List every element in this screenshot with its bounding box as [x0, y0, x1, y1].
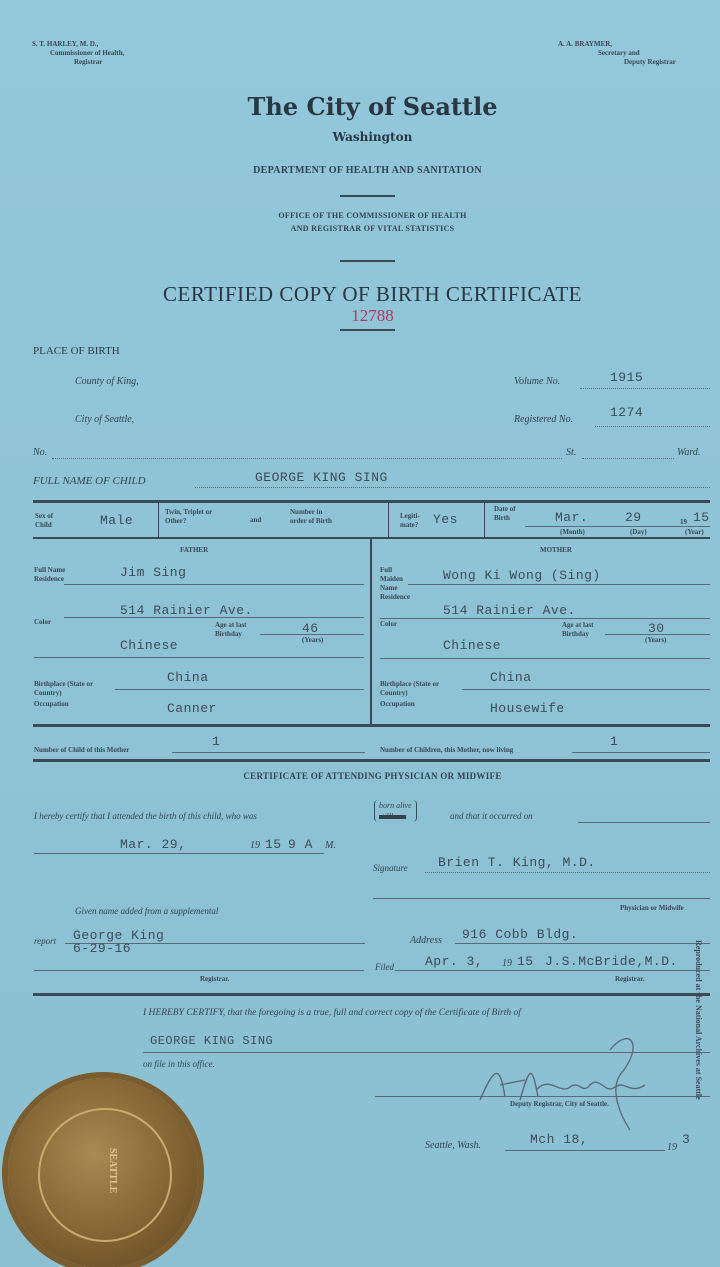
- mother-name: Wong Ki Wong (Sing): [443, 568, 601, 583]
- full-name-value: GEORGE KING SING: [255, 470, 388, 485]
- certification-place: Seattle, Wash.: [425, 1140, 481, 1151]
- cell-divider: [158, 503, 159, 537]
- line: [572, 752, 710, 753]
- physician-heading: CERTIFICATE OF ATTENDING PHYSICIAN OR MI…: [0, 771, 720, 781]
- certification-year: 3: [682, 1132, 690, 1147]
- filed-date: Apr. 3,: [425, 954, 483, 969]
- full-name-label: FULL NAME OF CHILD: [33, 475, 146, 487]
- mother-birthplace-label: Birthplace (State or Country): [380, 680, 460, 698]
- mother-occupation: Housewife: [490, 701, 565, 716]
- on-file-text: on file in this office.: [143, 1059, 215, 1069]
- rule: [33, 759, 710, 762]
- seal-text: SEATTLE: [88, 1148, 118, 1193]
- child-number: 1: [212, 734, 220, 749]
- right-official-title: Secretary and: [558, 49, 708, 58]
- line: [375, 1096, 710, 1097]
- and-label: and: [250, 516, 261, 525]
- number-order-label: Number in order of Birth: [290, 508, 340, 526]
- birth-date: Mar. 29,: [120, 837, 186, 852]
- father-age-label: Age at last Birthday: [215, 621, 270, 639]
- line: [64, 584, 364, 585]
- sex-label: Sex of Child: [35, 512, 65, 530]
- dob-label: Date of Birth: [494, 505, 524, 523]
- certification-date: Mch 18,: [530, 1132, 588, 1147]
- ward-label: Ward.: [677, 447, 700, 458]
- street-line: [52, 458, 562, 459]
- stillborn-option: stillborn: [379, 811, 412, 822]
- certify-text: I hereby certify that I attended the bir…: [34, 811, 257, 821]
- dob-month: Mar.: [555, 510, 588, 525]
- line: [380, 618, 710, 619]
- mother-heading: MOTHER: [540, 546, 572, 555]
- volume-value: 1915: [610, 370, 643, 385]
- dob-line: [525, 526, 710, 527]
- born-alive-option: born alive: [379, 800, 412, 811]
- archive-stamp-text: Reproduced at the National Archives at S…: [694, 940, 703, 1100]
- father-name: Jim Sing: [120, 565, 186, 580]
- office-line-2: AND REGISTRAR OF VITAL STATISTICS: [0, 224, 720, 233]
- rule: [33, 993, 710, 996]
- living-label: Number of Children, this Mother, now liv…: [380, 746, 513, 755]
- rule: [33, 500, 710, 503]
- birth-year-prefix: 19: [250, 840, 260, 851]
- divider: [340, 195, 395, 197]
- filed-by: J.S.McBride,M.D.: [545, 954, 678, 969]
- place-of-birth-label: PLACE OF BIRTH: [33, 345, 120, 357]
- line: [34, 657, 364, 658]
- father-name-label: Full Name Residence: [34, 566, 70, 584]
- right-official-name: A. A. BRAYMER,: [558, 40, 708, 49]
- gold-seal-icon: SEATTLE: [8, 1078, 198, 1267]
- mother-birthplace: China: [490, 670, 532, 685]
- parents-divider: [370, 539, 372, 725]
- signature-label: Signature: [373, 863, 408, 873]
- year-caption: (Year): [685, 528, 704, 537]
- registrar-caption-right: Registrar.: [615, 975, 644, 984]
- report-date: 6-29-16: [73, 941, 131, 956]
- physician-caption: Physician or Midwife: [620, 904, 684, 913]
- father-occupation: Canner: [167, 701, 217, 716]
- father-years-caption: (Years): [302, 636, 323, 645]
- father-color: Chinese: [120, 638, 178, 653]
- line: [34, 970, 364, 971]
- registered-value: 1274: [610, 405, 643, 420]
- document-title: CERTIFIED COPY OF BIRTH CERTIFICATE: [0, 282, 720, 307]
- certified-child-name: GEORGE KING SING: [150, 1034, 273, 1048]
- line: [64, 617, 364, 618]
- living-count: 1: [610, 734, 618, 749]
- physician-signature: Brien T. King, M.D.: [438, 855, 596, 870]
- registered-label: Registered No.: [514, 414, 573, 425]
- child-number-label: Number of Child of this Mother: [34, 746, 129, 755]
- left-official: S. T. HARLEY, M. D., Commissioner of Hea…: [32, 40, 162, 67]
- street-no-label: No.: [33, 447, 47, 458]
- st-label: St.: [566, 447, 576, 458]
- father-residence: 514 Rainier Ave.: [120, 603, 253, 618]
- legitimate-label: Legiti- mate?: [400, 512, 430, 530]
- volume-line: [580, 388, 710, 389]
- report-label: report: [34, 936, 56, 946]
- father-color-label: Color: [34, 618, 51, 627]
- archive-stamp: Reproduced at the National Archives at S…: [694, 940, 706, 1160]
- birth-certificate-document: S. T. HARLEY, M. D., Commissioner of Hea…: [0, 0, 720, 1267]
- city-title: The City of Seattle: [0, 92, 720, 121]
- deputy-signature-icon: [470, 1025, 680, 1135]
- rule: [33, 724, 710, 727]
- dob-year: 15: [693, 510, 710, 525]
- dob-day: 29: [625, 510, 642, 525]
- line: [115, 689, 364, 690]
- father-birthplace: China: [167, 670, 209, 685]
- ward-line: [582, 458, 674, 459]
- day-caption: (Day): [630, 528, 647, 537]
- certification-text: I HEREBY CERTIFY, that the foregoing is …: [143, 1008, 521, 1018]
- birth-time-suffix: M.: [325, 840, 336, 851]
- filed-year-prefix: 19: [502, 958, 512, 969]
- month-caption: (Month): [560, 528, 585, 537]
- left-official-role: Registrar: [32, 58, 162, 67]
- right-official: A. A. BRAYMER, Secretary and Deputy Regi…: [558, 40, 708, 67]
- mother-color: Chinese: [443, 638, 501, 653]
- line: [373, 898, 710, 899]
- line: [380, 658, 710, 659]
- given-name-text: Given name added from a supplemental: [75, 906, 218, 916]
- registered-line: [595, 426, 710, 427]
- father-occupation-label: Occupation: [34, 700, 69, 709]
- line: [395, 970, 710, 971]
- certification-year-prefix: 19: [667, 1142, 677, 1153]
- state-subtitle: Washington: [0, 130, 720, 144]
- mother-age-label: Age at last Birthday: [562, 621, 617, 639]
- left-official-name: S. T. HARLEY, M. D.,: [32, 40, 162, 49]
- deputy-caption: Deputy Registrar, City of Seattle.: [510, 1100, 609, 1109]
- divider: [340, 260, 395, 262]
- alive-stillborn-choice: born alive stillborn: [374, 800, 417, 822]
- father-heading: FATHER: [180, 546, 208, 555]
- divider: [340, 329, 395, 331]
- mother-occupation-label: Occupation: [380, 700, 415, 709]
- filed-label: Filed: [375, 962, 394, 972]
- line: [505, 1150, 665, 1151]
- father-birthplace-label: Birthplace (State or Country): [34, 680, 114, 698]
- right-official-role: Deputy Registrar: [558, 58, 708, 67]
- certificate-number: 12788: [0, 306, 720, 326]
- legitimate-value: Yes: [433, 512, 458, 527]
- county-label: County of King,: [75, 376, 139, 387]
- left-official-title: Commissioner of Health,: [32, 49, 162, 58]
- line: [172, 752, 365, 753]
- line: [425, 872, 710, 873]
- line: [605, 634, 710, 635]
- sex-value: Male: [100, 513, 133, 528]
- cell-divider: [484, 503, 485, 537]
- physician-address: 916 Cobb Bldg.: [462, 927, 578, 942]
- volume-label: Volume No.: [514, 376, 560, 387]
- address-label: Address: [410, 935, 442, 946]
- full-name-line: [195, 487, 710, 488]
- cell-divider: [388, 503, 389, 537]
- line: [34, 853, 324, 854]
- department-name: DEPARTMENT OF HEALTH AND SANITATION: [0, 165, 720, 176]
- office-line-1: OFFICE OF THE COMMISSIONER OF HEALTH: [0, 211, 720, 220]
- mother-years-caption: (Years): [645, 636, 666, 645]
- mother-color-label: Color: [380, 620, 397, 629]
- line: [260, 634, 364, 635]
- birth-time: 9 A: [288, 837, 313, 852]
- line: [408, 584, 710, 585]
- occurred-text: and that it occurred on: [450, 811, 533, 821]
- twin-label: Twin, Triplet or Other?: [165, 508, 215, 526]
- line: [455, 943, 710, 944]
- birth-year: 15: [265, 837, 282, 852]
- registrar-caption-left: Registrar.: [200, 975, 229, 984]
- mother-residence: 514 Rainier Ave.: [443, 603, 576, 618]
- line: [462, 689, 710, 690]
- filed-year: 15: [517, 954, 534, 969]
- line: [578, 822, 710, 823]
- city-label: City of Seattle,: [75, 414, 134, 425]
